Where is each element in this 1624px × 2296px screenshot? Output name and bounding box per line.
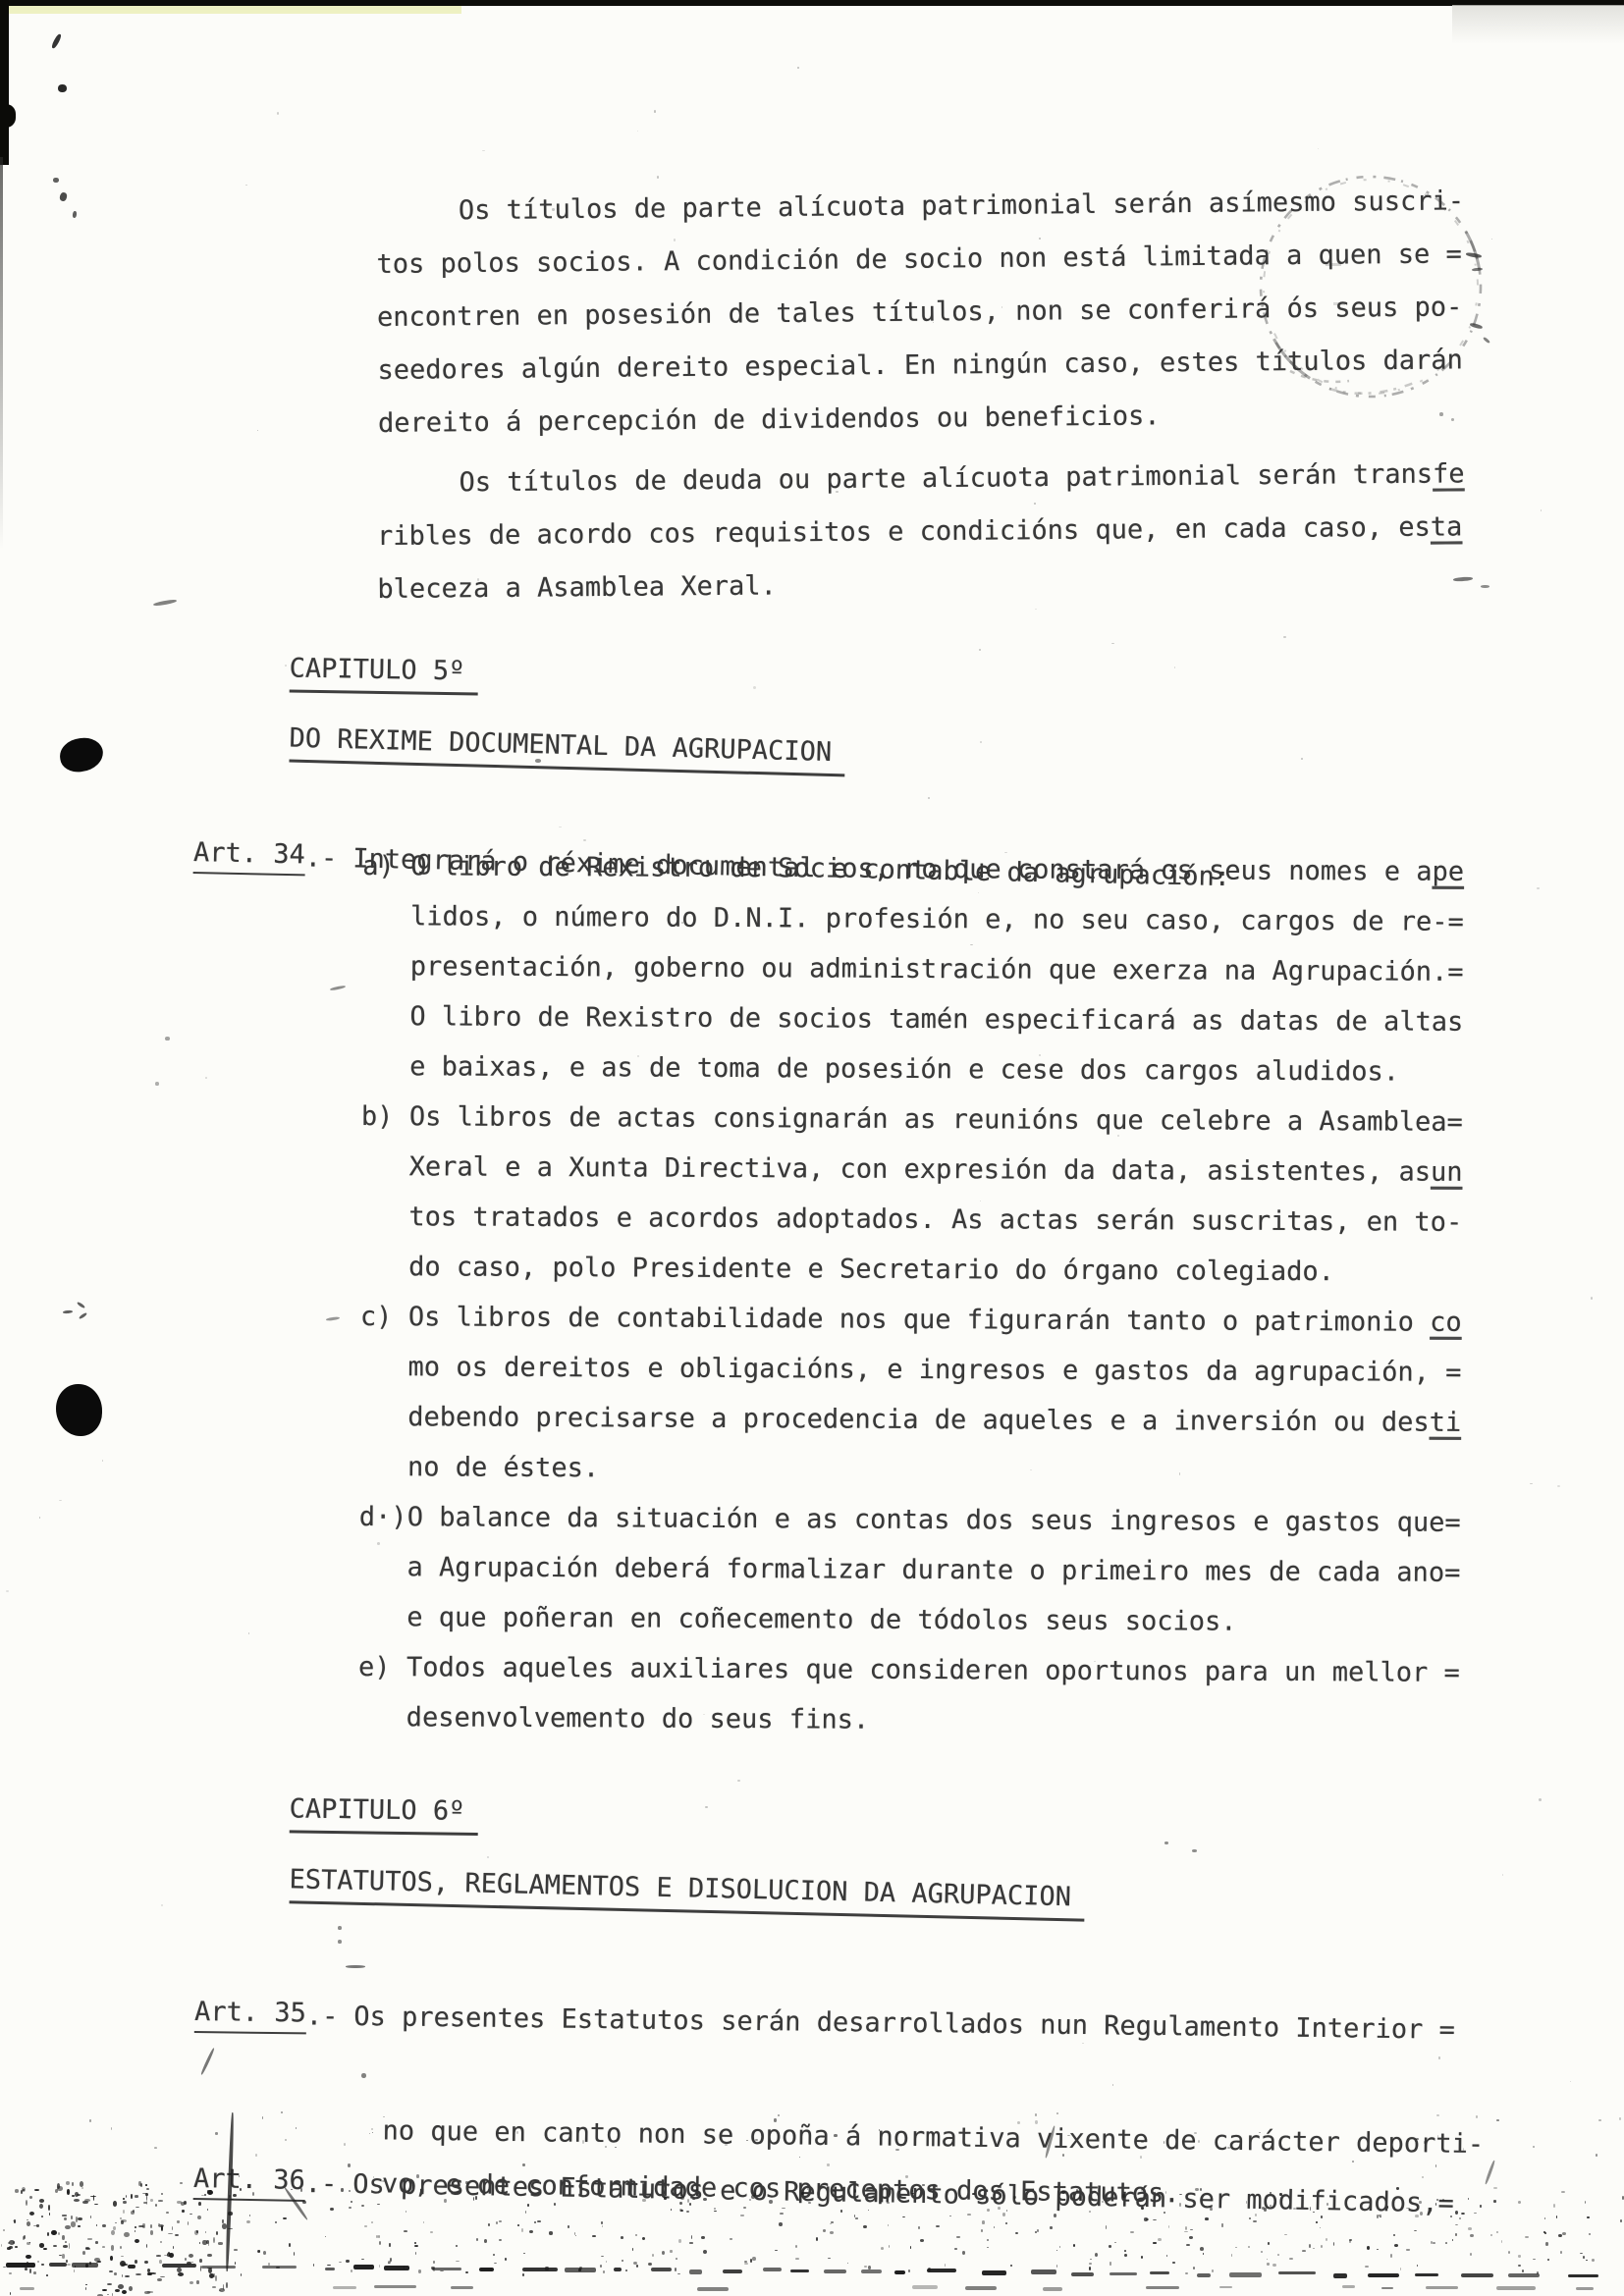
scan-mark <box>346 1965 365 1968</box>
text-line: Xeral e a Xunta Directiva, con expresión… <box>409 1142 1463 1198</box>
noise-speck <box>954 2248 957 2249</box>
noise-speck <box>125 2275 129 2277</box>
noise-speck <box>1547 2259 1549 2261</box>
noise-speck <box>150 2224 152 2228</box>
text-line: no de éstes. <box>407 1442 1461 1498</box>
noise-speck <box>205 1077 206 1079</box>
noise-dash <box>20 2287 34 2290</box>
noise-speck <box>1496 2231 1497 2234</box>
noise-speck <box>881 2247 884 2250</box>
noise-speck <box>1387 2206 1388 2210</box>
noise-speck <box>1436 2114 1439 2116</box>
noise-speck <box>595 1113 597 1115</box>
noise-speck <box>94 2204 98 2205</box>
noise-speck <box>361 2205 364 2207</box>
noise-speck <box>1562 2232 1566 2235</box>
noise-speck <box>1034 503 1036 505</box>
noise-speck <box>759 2021 761 2023</box>
noise-speck <box>166 2212 169 2214</box>
noise-speck <box>341 2188 343 2191</box>
noise-speck <box>730 2238 732 2239</box>
noise-speck <box>156 2255 162 2257</box>
noise-dash <box>262 2266 296 2269</box>
noise-speck <box>1442 2199 1444 2201</box>
noise-speck <box>212 2286 216 2289</box>
noise-speck <box>1198 2140 1200 2143</box>
noise-speck <box>1480 2205 1481 2209</box>
scan-mark <box>59 191 68 202</box>
noise-speck <box>527 2204 529 2207</box>
noise-speck <box>1205 2217 1209 2220</box>
noise-speck <box>177 2220 180 2223</box>
noise-dash <box>128 2265 136 2269</box>
list-item: d·)O balance da situación e as contas do… <box>358 1492 1498 1648</box>
noise-speck <box>908 2269 910 2272</box>
noise-speck <box>123 2210 125 2214</box>
noise-speck <box>1585 2201 1586 2204</box>
noise-speck <box>215 2275 217 2280</box>
noise-speck <box>1502 1874 1503 1876</box>
noise-speck <box>1185 2272 1188 2274</box>
noise-speck <box>1545 2242 1547 2246</box>
paragraph-titulos-deuda: Os títulos de deuda ou parte alícuota pa… <box>376 447 1496 615</box>
noise-speck <box>1474 2213 1476 2214</box>
noise-speck <box>1089 2263 1092 2265</box>
scan-mark <box>155 1082 159 1086</box>
noise-speck <box>1583 2256 1585 2259</box>
noise-speck <box>59 1500 61 1501</box>
noise-speck <box>351 2269 352 2272</box>
noise-speck <box>1061 2191 1065 2193</box>
noise-dash <box>1368 2273 1399 2277</box>
noise-speck <box>1541 509 1543 512</box>
noise-speck <box>346 2260 349 2263</box>
noise-speck <box>379 2241 381 2245</box>
noise-speck <box>416 2174 419 2177</box>
noise-speck <box>795 2258 799 2260</box>
noise-speck <box>1414 2230 1417 2231</box>
noise-speck <box>160 2276 165 2277</box>
noise-speck <box>1248 2246 1250 2248</box>
noise-speck <box>1035 609 1037 610</box>
noise-speck <box>980 741 982 742</box>
noise-speck <box>46 2274 49 2276</box>
noise-dash <box>1278 2271 1316 2274</box>
noise-speck <box>123 2201 126 2204</box>
noise-speck <box>26 2255 30 2259</box>
noise-speck <box>29 2196 32 2200</box>
noise-dash <box>325 2268 335 2271</box>
punch-hole-bottom <box>56 1384 102 1436</box>
noise-speck <box>150 2199 153 2202</box>
noise-dash <box>384 2266 409 2270</box>
noise-speck <box>82 2251 85 2255</box>
noise-speck <box>74 2269 75 2271</box>
noise-speck <box>47 2232 49 2236</box>
noise-speck <box>1557 1485 1560 1487</box>
noise-speck <box>1393 2234 1395 2237</box>
noise-speck <box>654 110 656 113</box>
noise-speck <box>981 2229 983 2232</box>
noise-speck <box>1455 2211 1458 2215</box>
noise-speck <box>1289 2258 1293 2260</box>
list-item: c)Os libros de contabilidade nos que fig… <box>359 1292 1499 1498</box>
noise-speck <box>207 2254 211 2257</box>
noise-speck <box>657 176 659 179</box>
noise-speck <box>1424 2141 1426 2144</box>
noise-speck <box>1437 2135 1438 2137</box>
noise-speck <box>1321 2216 1323 2219</box>
noise-speck <box>1365 2266 1368 2268</box>
noise-speck <box>836 491 838 492</box>
noise-dash <box>72 2263 98 2268</box>
noise-speck <box>62 2215 66 2216</box>
noise-speck <box>157 2278 162 2281</box>
noise-speck <box>769 2200 773 2203</box>
noise-speck <box>72 2182 74 2186</box>
noise-speck <box>122 2274 123 2277</box>
noise-speck <box>1468 2227 1472 2230</box>
scan-mark <box>1192 1849 1197 1852</box>
noise-dash <box>927 2269 956 2271</box>
noise-speck <box>155 2204 157 2207</box>
noise-dash <box>651 2268 672 2271</box>
noise-speck <box>26 2200 27 2206</box>
noise-speck <box>1406 2208 1410 2209</box>
noise-speck <box>905 2175 908 2178</box>
noise-speck <box>687 2199 689 2203</box>
noise-speck <box>1438 2056 1440 2058</box>
noise-speck <box>222 2223 227 2229</box>
noise-dash <box>1197 2273 1211 2277</box>
scan-mark <box>1451 418 1454 421</box>
text-line: mo os dereitos e obligacións, e ingresos… <box>407 1342 1461 1398</box>
noise-speck <box>67 2189 71 2195</box>
noise-speck <box>378 2235 380 2238</box>
noise-speck <box>1352 2161 1354 2163</box>
noise-speck <box>522 2163 525 2166</box>
chapter5-title: CAPITULO 5º <box>289 654 478 696</box>
noise-speck <box>15 2189 19 2192</box>
noise-dash <box>1229 2272 1262 2276</box>
noise-speck <box>87 2238 92 2239</box>
noise-speck <box>146 2244 147 2248</box>
noise-speck <box>967 2214 971 2216</box>
noise-speck <box>1525 2236 1529 2238</box>
noise-speck <box>1490 2234 1492 2235</box>
noise-speck <box>677 2273 680 2274</box>
noise-speck <box>482 150 485 152</box>
noise-speck <box>48 2205 50 2211</box>
noise-speck <box>1619 2117 1620 2119</box>
noise-speck <box>1172 2262 1175 2263</box>
scan-mark <box>1164 1842 1168 1844</box>
noise-dash <box>1219 2286 1233 2289</box>
noise-dash <box>1576 2287 1594 2290</box>
noise-speck <box>71 2216 73 2219</box>
noise-speck <box>1301 758 1303 760</box>
noise-dash <box>912 2285 939 2289</box>
noise-speck <box>65 2225 71 2229</box>
noise-speck <box>918 2226 920 2230</box>
noise-speck <box>131 2211 135 2216</box>
noise-speck <box>1302 2250 1306 2252</box>
noise-dash <box>1150 2271 1169 2274</box>
noise-speck <box>465 2181 468 2183</box>
noise-speck <box>606 2261 607 2263</box>
noise-speck <box>404 2230 407 2232</box>
text-line: Os libros de contabilidade nos que figur… <box>408 1292 1462 1348</box>
noise-speck <box>1210 2208 1212 2211</box>
noise-speck <box>1561 2191 1565 2193</box>
noise-speck <box>229 2195 231 2198</box>
noise-speck <box>753 686 756 689</box>
noise-speck <box>67 2264 71 2266</box>
list-item-lines: Os libros de actas consignarán as reunió… <box>408 1092 1463 1298</box>
noise-speck <box>797 67 798 68</box>
noise-speck <box>74 2199 80 2202</box>
noise-speck <box>107 2294 109 2295</box>
chapter5-subtitle: DO REXIME DOCUMENTAL DA AGRUPACION <box>289 723 846 777</box>
noise-speck <box>754 2193 756 2196</box>
noise-speck <box>686 2211 689 2214</box>
noise-speck <box>199 2259 202 2263</box>
noise-speck <box>475 2196 477 2200</box>
noise-speck <box>1592 2259 1596 2262</box>
noise-dash <box>201 2266 236 2269</box>
scan-edge-top-tint <box>0 6 461 14</box>
text-line: tos tratados e acordos adoptados. As act… <box>408 1192 1462 1248</box>
noise-speck <box>743 2207 745 2209</box>
noise-speck <box>979 649 981 651</box>
noise-speck <box>689 2242 692 2243</box>
noise-dash <box>432 2268 461 2270</box>
noise-speck <box>196 2280 199 2284</box>
noise-speck <box>444 2199 447 2203</box>
noise-speck <box>102 1460 103 1462</box>
chapter6-subtitle: ESTATUTOS, REGLAMENTOS E DISOLUCION DA A… <box>289 1864 1085 1921</box>
scan-mark <box>53 178 59 183</box>
noise-speck <box>78 2225 80 2228</box>
noise-speck <box>121 2256 124 2258</box>
noise-dash <box>965 2286 997 2289</box>
noise-speck <box>1010 2265 1012 2267</box>
text-line: e que poñeran en coñecemento de tódolos … <box>406 1592 1460 1648</box>
noise-speck <box>1493 2200 1496 2202</box>
text-line: Os libros de actas consignarán as reunió… <box>409 1092 1463 1148</box>
noise-speck <box>389 2243 390 2247</box>
noise-speck <box>10 2292 12 2295</box>
noise-speck <box>219 2288 224 2292</box>
noise-speck <box>1455 2233 1457 2236</box>
noise-speck <box>1501 2240 1502 2243</box>
noise-speck <box>1455 2224 1458 2225</box>
noise-speck <box>827 2163 830 2165</box>
noise-speck <box>218 2242 223 2244</box>
noise-speck <box>39 2243 44 2247</box>
noise-speck <box>1168 2225 1169 2228</box>
noise-dash <box>1426 2286 1458 2289</box>
noise-speck <box>1283 636 1286 639</box>
noise-speck <box>755 2139 758 2141</box>
noise-speck <box>1591 1297 1593 1300</box>
noise-speck <box>41 2216 43 2217</box>
noise-speck <box>113 2201 118 2207</box>
noise-speck <box>161 1904 164 1906</box>
list-item-marker: d·) <box>359 1492 407 1542</box>
article-35-label-suffix: .- <box>306 2001 339 2031</box>
scan-mark <box>73 211 78 218</box>
noise-speck <box>1620 2219 1622 2222</box>
scan-mark <box>361 2073 366 2078</box>
paragraph-titles-patrimonial: Os títulos de parte alícuota patrimonial… <box>376 174 1498 450</box>
noise-speck <box>111 2245 115 2251</box>
noise-speck <box>135 2273 141 2275</box>
list-item-lines: O libro de Rexistro de Socios, no que co… <box>409 841 1464 1097</box>
noise-speck <box>1468 2198 1469 2200</box>
noise-speck <box>263 2251 266 2255</box>
noise-speck <box>90 2216 91 2218</box>
scan-edge-left-line <box>0 157 3 550</box>
noise-speck <box>241 2273 242 2277</box>
list-item: e)Todos aqueles auxiliares que considere… <box>358 1642 1498 1748</box>
noise-speck <box>740 2215 744 2216</box>
noise-speck <box>14 2219 16 2223</box>
noise-speck <box>161 2193 163 2194</box>
scan-mark <box>51 33 63 49</box>
noise-speck <box>1089 2211 1091 2213</box>
noise-speck <box>887 2202 889 2204</box>
scan-mark <box>63 1310 73 1314</box>
noise-speck <box>142 2193 147 2194</box>
text-line: bleceza a Asamblea Xeral. <box>377 553 1496 615</box>
scan-mark <box>1439 412 1443 416</box>
noise-speck <box>1309 2244 1311 2248</box>
noise-speck <box>122 2264 128 2266</box>
noise-speck <box>63 2245 68 2247</box>
noise-speck <box>1326 2238 1327 2241</box>
noise-speck <box>418 2269 422 2273</box>
noise-speck <box>114 2272 117 2275</box>
noise-speck <box>168 2233 173 2235</box>
noise-speck <box>371 2221 373 2223</box>
noise-speck <box>1007 257 1009 260</box>
scan-mark <box>79 1312 87 1320</box>
noise-dash <box>614 2268 623 2272</box>
noise-dash <box>894 2270 904 2275</box>
noise-speck <box>96 2224 97 2225</box>
noise-dash <box>374 2285 416 2288</box>
noise-speck <box>583 839 585 841</box>
noise-speck <box>1406 2249 1409 2250</box>
noise-speck <box>774 2118 777 2121</box>
noise-speck <box>1539 1798 1542 1801</box>
noise-speck <box>145 2184 147 2186</box>
noise-speck <box>109 2270 113 2272</box>
list-item: b)Os libros de actas consignarán as reun… <box>360 1092 1500 1298</box>
scan-mark <box>165 1037 170 1041</box>
noise-dash <box>1333 2273 1347 2277</box>
scan-edge-left <box>0 0 9 165</box>
noise-speck <box>1082 2043 1084 2044</box>
noise-speck <box>364 2225 367 2226</box>
noise-speck <box>664 2197 667 2199</box>
noise-speck <box>131 2194 133 2200</box>
noise-speck <box>330 2208 334 2211</box>
noise-speck <box>831 2221 834 2222</box>
noise-speck <box>1349 2239 1352 2241</box>
text-line: dereito á percepción de dividendos ou be… <box>378 386 1497 450</box>
noise-speck <box>25 2268 27 2270</box>
noise-speck <box>226 2282 228 2288</box>
noise-speck <box>182 2210 185 2214</box>
noise-speck <box>1013 2196 1016 2199</box>
noise-speck <box>6 1590 8 1592</box>
noise-speck <box>1598 2119 1601 2121</box>
noise-speck <box>1246 2201 1247 2203</box>
noise-speck <box>110 2256 113 2261</box>
text-line: Todos aqueles auxiliares que consideren … <box>406 1642 1460 1698</box>
noise-speck <box>248 1632 250 1633</box>
noise-speck <box>43 2248 47 2250</box>
noise-dash <box>1146 2286 1179 2290</box>
noise-speck <box>1533 2146 1535 2148</box>
noise-speck <box>62 2254 66 2258</box>
noise-speck <box>1518 2265 1521 2267</box>
list-item-marker: c) <box>360 1292 408 1342</box>
noise-speck <box>601 2221 602 2224</box>
noise-speck <box>752 2257 755 2261</box>
noise-speck <box>652 2254 654 2256</box>
scan-mark <box>77 1302 85 1309</box>
noise-speck <box>676 2258 677 2260</box>
noise-speck <box>1221 2223 1222 2227</box>
noise-speck <box>135 2239 139 2243</box>
noise-speck <box>198 2202 201 2206</box>
noise-speck <box>120 2246 122 2249</box>
noise-speck <box>440 2270 444 2271</box>
text-line: desenvolvemento do seus fins. <box>406 1692 1460 1748</box>
noise-speck <box>779 2222 782 2226</box>
text-line: a Agrupación deberá formalizar durante o… <box>406 1542 1460 1598</box>
noise-speck <box>694 2189 698 2191</box>
noise-speck <box>66 2181 70 2184</box>
noise-speck <box>143 2202 147 2204</box>
noise-speck <box>406 2211 406 2213</box>
noise-speck <box>245 185 247 186</box>
text-line: presentación, goberno ou administración … <box>410 941 1464 997</box>
noise-speck <box>1005 2222 1007 2223</box>
noise-speck <box>1459 2217 1461 2219</box>
noise-speck <box>1141 2207 1144 2210</box>
noise-speck <box>1422 2176 1424 2178</box>
noise-speck <box>1463 2148 1464 2151</box>
noise-speck <box>29 2212 34 2216</box>
noise-speck <box>987 2209 990 2212</box>
text-line: e baixas, e as de toma de posesión e ces… <box>409 1041 1463 1097</box>
noise-speck <box>15 2246 18 2248</box>
noise-speck <box>622 2260 623 2261</box>
noise-dash <box>1110 2272 1137 2275</box>
noise-speck <box>144 2291 149 2294</box>
noise-speck <box>1470 2234 1473 2237</box>
noise-speck <box>283 2217 286 2219</box>
noise-speck <box>678 2239 681 2243</box>
noise-dash <box>1415 2273 1438 2276</box>
noise-speck <box>167 2253 172 2256</box>
noise-speck <box>129 2286 133 2291</box>
noise-speck <box>1141 2256 1143 2259</box>
